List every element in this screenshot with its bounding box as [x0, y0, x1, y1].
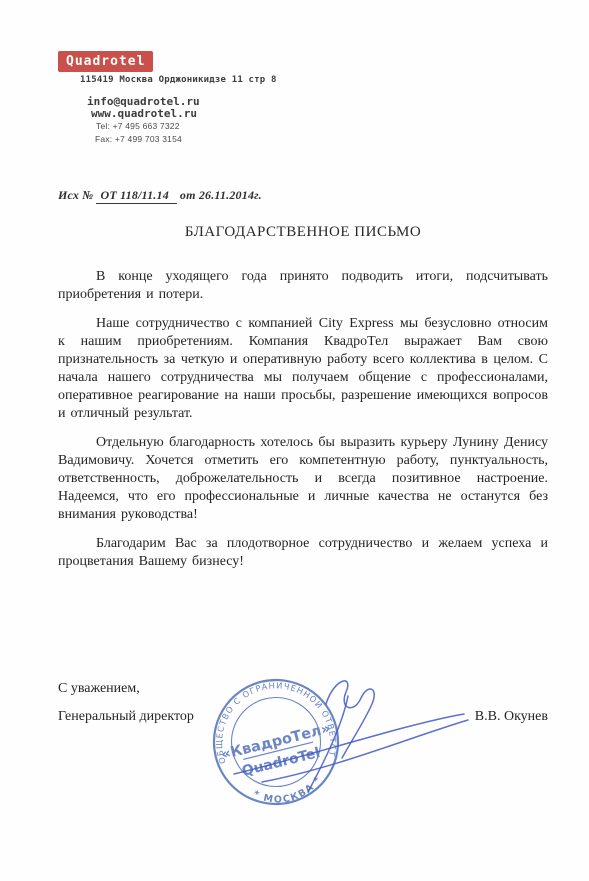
- company-address: 115419 Москва Орджоникидзе 11 стр 8: [80, 75, 277, 85]
- stamp-company-name-en: QuadroTel: [240, 745, 321, 780]
- svg-text:* МОСКВА *: * МОСКВА *: [249, 772, 328, 813]
- reference-line: Исх №ОТ 118/11.14от 26.11.2014г.: [58, 188, 262, 203]
- stamp-ring-text: ОБЩЕСТВО С ОГРАНИЧЕННОЙ ОТВЕТСТВЕННОСТЬЮ: [196, 662, 343, 792]
- pen-signature: [234, 681, 468, 792]
- signatory-name: В.В. Окунев: [475, 709, 548, 725]
- signatory-position: Генеральный директор: [58, 709, 194, 725]
- letter-paragraph-2: Наше сотрудничество с компанией City Exp…: [58, 315, 548, 423]
- letter-body: В конце уходящего года принято подводить…: [58, 268, 548, 582]
- letter-paragraph-1: В конце уходящего года принято подводить…: [58, 268, 548, 304]
- stamp-seal-graphic: ОБЩЕСТВО С ОГРАНИЧЕННОЙ ОТВЕТСТВЕННОСТЬЮ…: [196, 662, 506, 832]
- reference-date: от 26.11.2014г.: [180, 188, 262, 202]
- stamp-outer-circle: [201, 667, 351, 817]
- letter-paragraph-4: Благодарим Вас за плодотворное сотруднич…: [58, 535, 548, 571]
- company-stamp: ОБЩЕСТВО С ОГРАНИЧЕННОЙ ОТВЕТСТВЕННОСТЬЮ…: [196, 662, 506, 832]
- letter-title: БЛАГОДАРСТВЕННОЕ ПИСЬМО: [58, 224, 548, 241]
- stamp-company-name-ru: «КвадроТел»: [220, 721, 332, 764]
- letter-paragraph-3: Отдельную благодарность хотелось бы выра…: [58, 434, 548, 524]
- stamp-seal: ОБЩЕСТВО С ОГРАНИЧЕННОЙ ОТВЕТСТВЕННОСТЬЮ…: [196, 662, 352, 825]
- company-phone: Tel: +7 495 663 7322: [96, 121, 180, 131]
- reference-number: ОТ 118/11.14: [96, 188, 176, 204]
- stamp-city-text: * МОСКВА *: [249, 772, 328, 813]
- reference-prefix: Исх №: [58, 188, 93, 202]
- company-fax: Fax: +7 499 703 3154: [95, 134, 182, 144]
- svg-text:ОБЩЕСТВО С ОГРАНИЧЕННОЙ ОТВЕТС: ОБЩЕСТВО С ОГРАНИЧЕННОЙ ОТВЕТСТВЕННОСТЬЮ: [196, 662, 343, 792]
- signature-closing: С уважением,: [58, 681, 140, 697]
- stamp-inner-circle: [222, 688, 330, 796]
- stamp-divider-line: [243, 742, 313, 759]
- company-logo: Quadrotel: [58, 51, 153, 72]
- signature-row: Генеральный директор В.В. Окунев: [58, 709, 548, 725]
- company-website: www.quadrotel.ru: [91, 107, 197, 120]
- letter-page: Quadrotel 115419 Москва Орджоникидзе 11 …: [0, 0, 589, 881]
